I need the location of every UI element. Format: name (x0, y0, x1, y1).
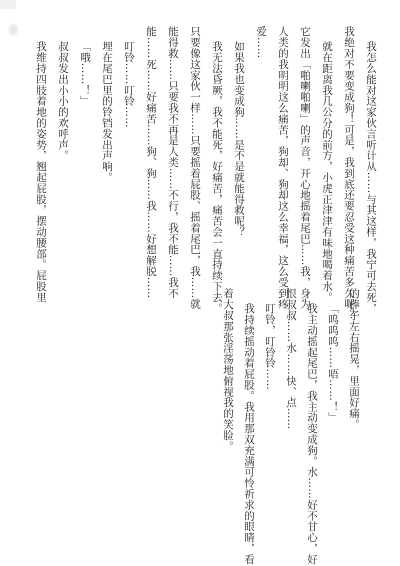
text-column: 叮铃，叮铃铃…… (259, 288, 280, 550)
text-column: 如果我也变成狗……是不是就能得救呢？ (228, 26, 250, 312)
text-column: 只要像这家伙一样……只要摇着屁股、摇着尾巴，我……就 (184, 26, 206, 312)
text-column: 我绝对不要变成狗！可是，我到底还要忍受这种痛苦多久呢？ (338, 26, 360, 312)
text-column: 就在距离我几公分的前方，小虎正津津有味地喝着水。 (316, 26, 338, 312)
text-column: 我无法昏厥，我不能死，好痛苦，痛苦会一直持续下去。 (206, 26, 228, 312)
text-column: 爱…… (250, 26, 272, 312)
scan-artifact-corner (0, 0, 16, 9)
text-column: 「哦……！」 (74, 26, 96, 312)
text-column: 「呜呜呜……唔……！」 (322, 288, 343, 550)
text-column: 我维持四肢着地的姿势，翘起屁股，摆动腰部。屁股里 (30, 26, 52, 312)
text-column: 叔叔发出小小的欢呼声。 (52, 26, 74, 312)
novel-page: 我怎么能对这家伙言听计从……与其这样，我宁可去死，我绝对不要变成狗！可是，我到底… (0, 0, 400, 566)
text-column: 人类的我明明这么痛苦，狗却、狗却这么幸福，这么受到疼 (272, 26, 294, 312)
text-column: 我主动摇起尾巴，我主动变成狗。水……好不甘心，好 (301, 288, 322, 550)
text-column: 我持续摇动着屁股。我用那双充满可怜祈求的眼睛，看 (238, 288, 259, 550)
text-column: 叮铃……叮铃…… (118, 26, 140, 312)
text-column: 我怎么能对这家伙言听计从……与其这样，我宁可去死， (360, 26, 382, 312)
text-column: 能……死……好痛苦……狗、狗……我……好想解脱…… (140, 26, 162, 312)
scan-artifact-smudge (9, 24, 18, 35)
text-column: 恨叔叔……水……快、点…… (280, 288, 301, 550)
text-column: 的棒子左右摇晃，里面好痛。 (343, 288, 364, 550)
text-column: 着大叔那张淫荡地俯视我的笑脸。 (217, 288, 238, 550)
text-band-top: 我怎么能对这家伙言听计从……与其这样，我宁可去死，我绝对不要变成狗！可是，我到底… (30, 26, 382, 312)
text-band-bottom: 的棒子左右摇晃，里面好痛。「呜呜呜……唔……！」我主动摇起尾巴，我主动变成狗。水… (217, 288, 364, 550)
text-column: 能得救……只要我不再是人类……不行，我不能……我不 (162, 26, 184, 312)
text-column: 它发出「啪喇啪喇」的声音，开心地摇着尾巴……我，身为 (294, 26, 316, 312)
text-column: 埋在尾巴里的铃铛发出声响。 (96, 26, 118, 312)
